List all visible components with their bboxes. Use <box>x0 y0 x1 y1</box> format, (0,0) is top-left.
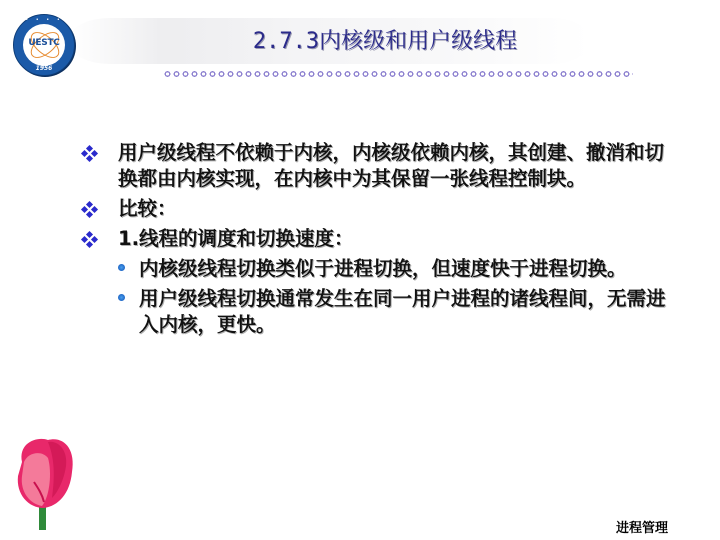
dot-bullet-icon <box>118 264 125 271</box>
bullet-text: 用户级线程不依赖于内核，内核级依赖内核，其创建、撤消和切换都由内核实现，在内核中… <box>118 141 664 190</box>
diamond-bullet-icon <box>82 232 98 248</box>
footer-section-label: 进程管理 <box>616 517 668 536</box>
sub-bullet-item: 用户级线程切换通常发生在同一用户进程的诸线程间，无需进入内核，更快。 <box>82 286 682 338</box>
slide-content: 用户级线程不依赖于内核，内核级依赖内核，其创建、撤消和切换都由内核实现，在内核中… <box>82 140 682 342</box>
diamond-bullet-icon <box>82 146 98 162</box>
title-underline-decoration <box>163 70 633 78</box>
bullet-text: 1.线程的调度和切换速度： <box>118 227 353 250</box>
bullet-item: 用户级线程不依赖于内核，内核级依赖内核，其创建、撤消和切换都由内核实现，在内核中… <box>82 140 682 192</box>
bullet-text: 用户级线程切换通常发生在同一用户进程的诸线程间，无需进入内核，更快。 <box>139 287 666 336</box>
tulip-flower-icon <box>8 432 78 532</box>
bullet-item: 1.线程的调度和切换速度： <box>82 226 682 252</box>
logo-year: 1956 <box>14 65 74 72</box>
dot-bullet-icon <box>118 294 125 301</box>
bullet-item: 比较： <box>82 196 682 222</box>
logo-ring-text: • • • • • • <box>14 17 74 23</box>
diamond-bullet-icon <box>82 202 98 218</box>
sub-bullet-item: 内核级线程切换类似于进程切换，但速度快于进程切换。 <box>82 256 682 282</box>
bullet-text: 比较： <box>118 197 177 220</box>
slide-title: 2.7.3内核级和用户级线程 <box>0 24 720 55</box>
bullet-text: 内核级线程切换类似于进程切换，但速度快于进程切换。 <box>139 257 627 280</box>
